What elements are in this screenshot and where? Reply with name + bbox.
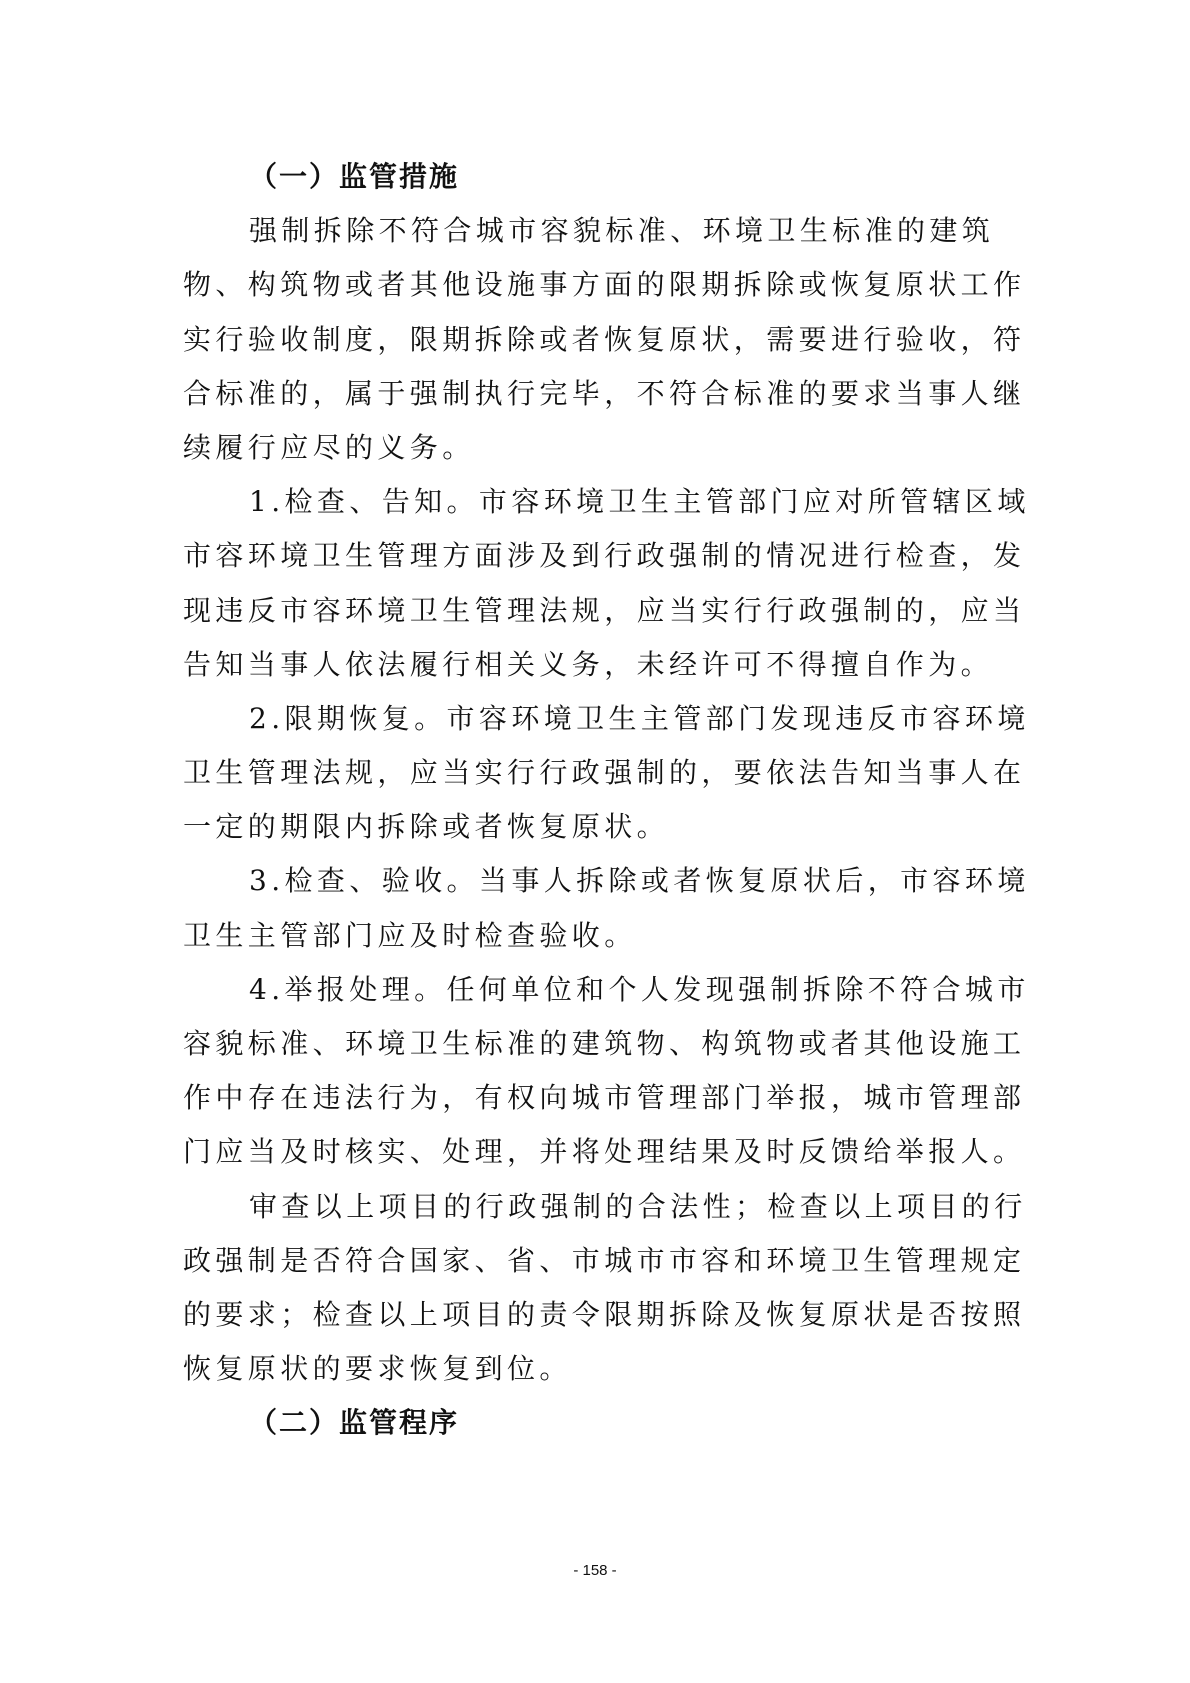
document-page: （一）监管措施 强制拆除不符合城市容貌标准、环境卫生标准的建筑 物、构筑物或者其… xyxy=(0,0,1190,1683)
text-line: 实行验收制度，限期拆除或者恢复原状，需要进行验收，符 xyxy=(183,313,1013,367)
text-line: 一定的期限内拆除或者恢复原状。 xyxy=(183,800,1013,854)
text-line: 合标准的，属于强制执行完毕，不符合标准的要求当事人继 xyxy=(183,367,1013,421)
review-paragraph: 审查以上项目的行政强制的合法性；检查以上项目的行 政强制是否符合国家、省、市城市… xyxy=(183,1180,1013,1397)
text-line: 2.限期恢复。市容环境卫生主管部门发现违反市容环境 xyxy=(183,692,1013,746)
text-line: 的要求；检查以上项目的责令限期拆除及恢复原状是否按照 xyxy=(183,1288,1013,1342)
text-line: 告知当事人依法履行相关义务，未经许可不得擅自作为。 xyxy=(183,638,1013,692)
section-heading-2: （二）监管程序 xyxy=(183,1396,1013,1450)
text-line: 恢复原状的要求恢复到位。 xyxy=(183,1342,1013,1396)
text-line: 卫生主管部门应及时检查验收。 xyxy=(183,909,1013,963)
item-1-paragraph: 1.检查、告知。市容环境卫生主管部门应对所管辖区域 市容环境卫生管理方面涉及到行… xyxy=(183,475,1013,692)
item-3-paragraph: 3.检查、验收。当事人拆除或者恢复原状后，市容环境 卫生主管部门应及时检查验收。 xyxy=(183,854,1013,962)
text-line: 续履行应尽的义务。 xyxy=(183,421,1013,475)
text-line: 作中存在违法行为，有权向城市管理部门举报，城市管理部 xyxy=(183,1071,1013,1125)
text-line: 政强制是否符合国家、省、市城市市容和环境卫生管理规定 xyxy=(183,1234,1013,1288)
section-heading-1: （一）监管措施 xyxy=(183,150,1013,204)
text-line: 物、构筑物或者其他设施事方面的限期拆除或恢复原状工作 xyxy=(183,258,1013,312)
page-number: - 158 - xyxy=(0,1562,1190,1579)
item-2-paragraph: 2.限期恢复。市容环境卫生主管部门发现违反市容环境 卫生管理法规，应当实行行政强… xyxy=(183,692,1013,855)
text-line: 3.检查、验收。当事人拆除或者恢复原状后，市容环境 xyxy=(183,854,1013,908)
text-line: 容貌标准、环境卫生标准的建筑物、构筑物或者其他设施工 xyxy=(183,1017,1013,1071)
text-line: 门应当及时核实、处理，并将处理结果及时反馈给举报人。 xyxy=(183,1125,1013,1179)
intro-paragraph: 强制拆除不符合城市容貌标准、环境卫生标准的建筑 物、构筑物或者其他设施事方面的限… xyxy=(183,204,1013,475)
text-line: 市容环境卫生管理方面涉及到行政强制的情况进行检查，发 xyxy=(183,529,1013,583)
item-4-paragraph: 4.举报处理。任何单位和个人发现强制拆除不符合城市 容貌标准、环境卫生标准的建筑… xyxy=(183,963,1013,1180)
text-line: 1.检查、告知。市容环境卫生主管部门应对所管辖区域 xyxy=(183,475,1013,529)
text-line: 4.举报处理。任何单位和个人发现强制拆除不符合城市 xyxy=(183,963,1013,1017)
text-line: 卫生管理法规，应当实行行政强制的，要依法告知当事人在 xyxy=(183,746,1013,800)
page-content: （一）监管措施 强制拆除不符合城市容貌标准、环境卫生标准的建筑 物、构筑物或者其… xyxy=(183,150,1013,1451)
text-line: 强制拆除不符合城市容貌标准、环境卫生标准的建筑 xyxy=(183,204,1013,258)
text-line: 审查以上项目的行政强制的合法性；检查以上项目的行 xyxy=(183,1180,1013,1234)
text-line: 现违反市容环境卫生管理法规，应当实行行政强制的，应当 xyxy=(183,584,1013,638)
